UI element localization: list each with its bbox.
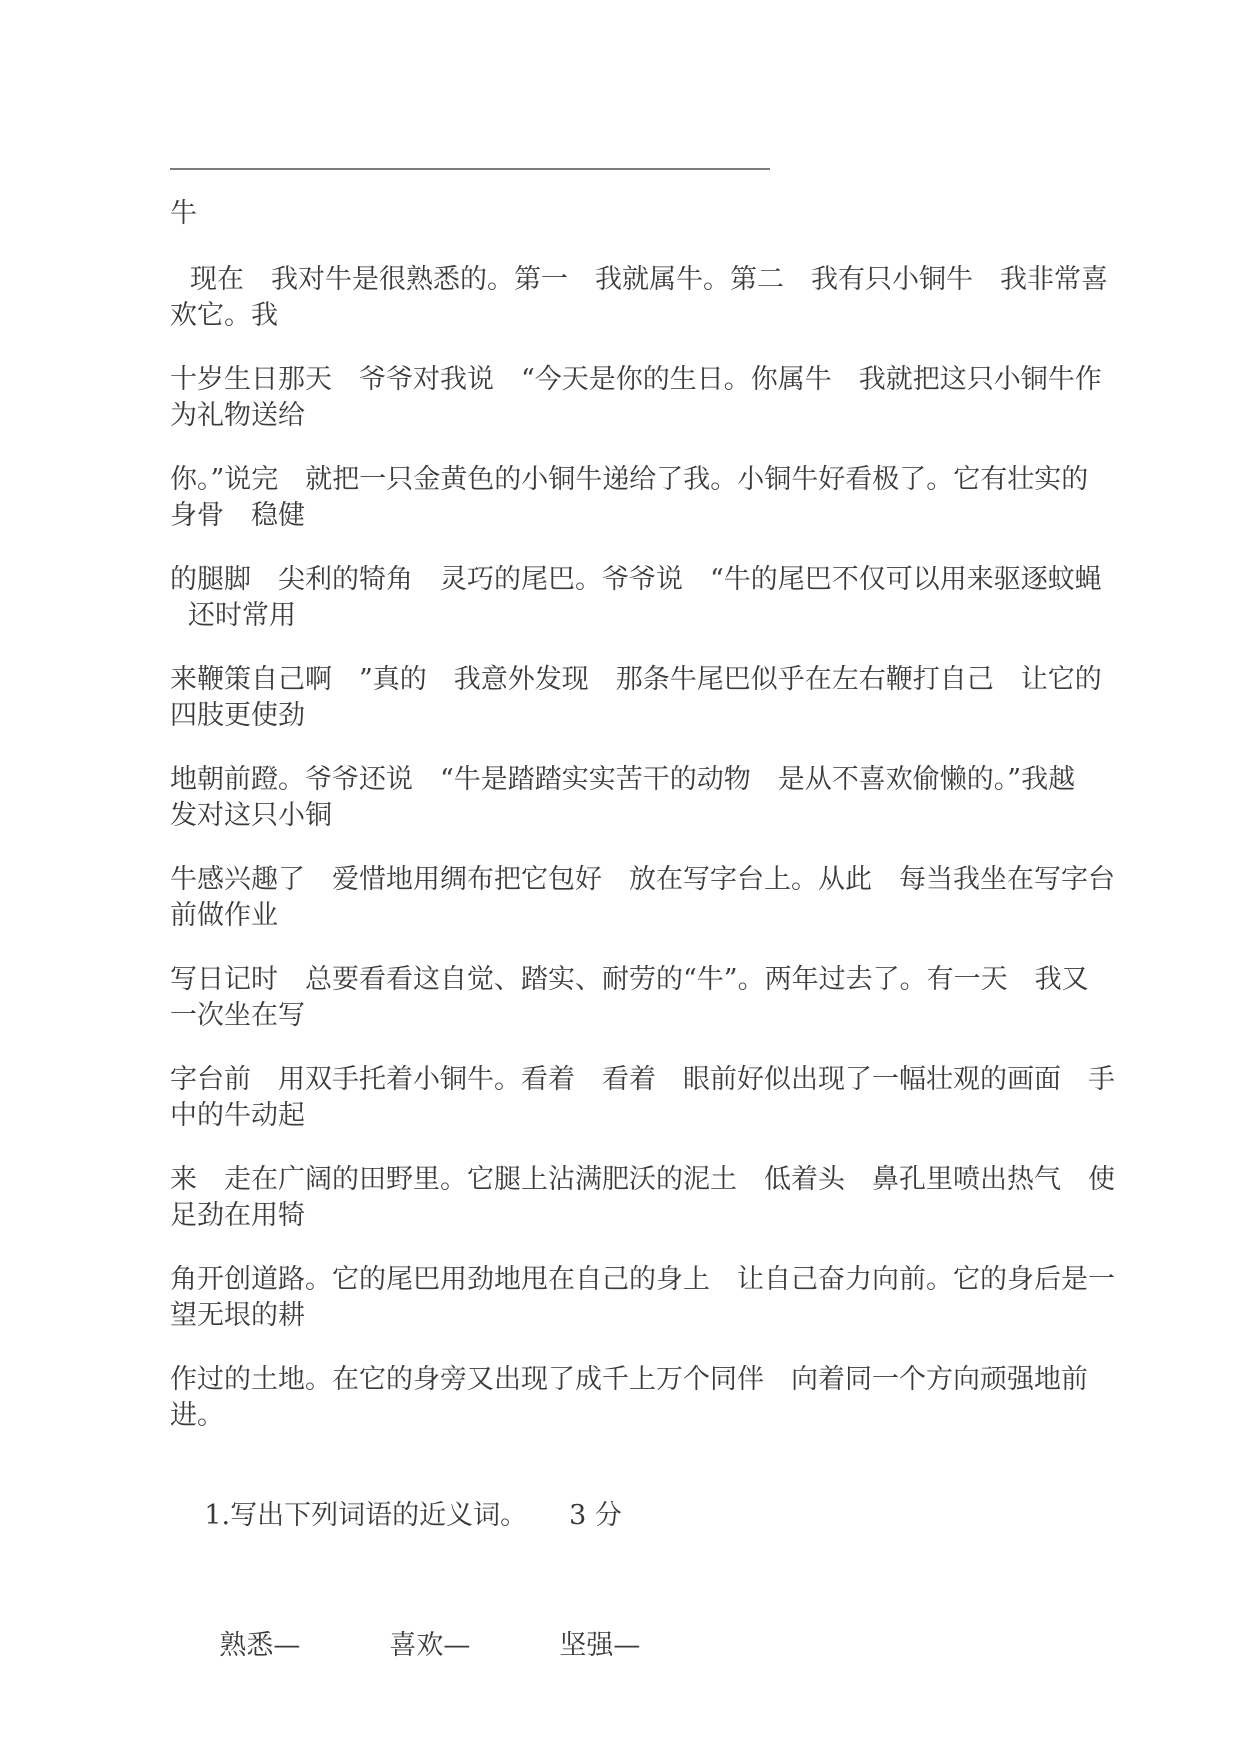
text-line: 还时常用 [170, 598, 1090, 634]
question-1: 1.写出下列词语的近义词。3 分 [170, 1462, 1090, 1570]
text-line: 十岁生日那天 爷爷对我说 “今天是你的生日。你属牛 我就把这只小铜牛作 [170, 362, 1090, 398]
text-line: 角开创道路。它的尾巴用劲地甩在自己的身上 让自己奋力向前。它的身后是一 [170, 1262, 1090, 1298]
document-page: 牛 现在 我对牛是很熟悉的。第一 我就属牛。第二 我有只小铜牛 我非常喜 欢它。… [0, 0, 1240, 1700]
text-line: 作过的土地。在它的身旁又出现了成千上万个同伴 向着同一个方向顽强地前 [170, 1362, 1090, 1398]
paragraph: 十岁生日那天 爷爷对我说 “今天是你的生日。你属牛 我就把这只小铜牛作 为礼物送… [170, 362, 1090, 434]
text-line: 字台前 用双手托着小铜牛。看着 看着 眼前好似出现了一幅壮观的画面 手 [170, 1062, 1090, 1098]
answer-blanks-row: 熟悉—喜欢—坚强— [170, 1592, 1090, 1700]
paragraph: 角开创道路。它的尾巴用劲地甩在自己的身上 让自己奋力向前。它的身后是一 望无垠的… [170, 1262, 1090, 1334]
paragraph: 来 走在广阔的田野里。它腿上沾满肥沃的泥土 低着头 鼻孔里喷出热气 使 足劲在用… [170, 1162, 1090, 1234]
paragraph: 的腿脚 尖利的犄角 灵巧的尾巴。爷爷说 “牛的尾巴不仅可以用来驱逐蚊蝇 还时常用 [170, 562, 1090, 634]
question-1-score: 3 分 [569, 1500, 622, 1531]
paragraph: 来鞭策自己啊 ”真的 我意外发现 那条牛尾巴似乎在左右鞭打自己 让它的 四肢更使… [170, 662, 1090, 734]
text-line: 写日记时 总要看看这自觉、踏实、耐劳的“牛”。两年过去了。有一天 我又 [170, 962, 1090, 998]
answer-blank-xihuan: 喜欢— [389, 1628, 559, 1664]
text-line: 的腿脚 尖利的犄角 灵巧的尾巴。爷爷说 “牛的尾巴不仅可以用来驱逐蚊蝇 [170, 562, 1090, 598]
paragraph: 作过的土地。在它的身旁又出现了成千上万个同伴 向着同一个方向顽强地前 进。 [170, 1362, 1090, 1434]
separator-line [170, 168, 770, 170]
text-line: 地朝前蹬。爷爷还说 “牛是踏踏实实苦干的动物 是从不喜欢偷懒的。”我越 [170, 762, 1090, 798]
text-line: 一次坐在写 [170, 998, 1090, 1034]
paragraph: 字台前 用双手托着小铜牛。看着 看着 眼前好似出现了一幅壮观的画面 手 中的牛动… [170, 1062, 1090, 1134]
paragraph: 地朝前蹬。爷爷还说 “牛是踏踏实实苦干的动物 是从不喜欢偷懒的。”我越 发对这只… [170, 762, 1090, 834]
text-line: 进。 [170, 1398, 1090, 1434]
answer-blank-shuxi: 熟悉— [219, 1628, 389, 1664]
text-line: 中的牛动起 [170, 1098, 1090, 1134]
text-line: 足劲在用犄 [170, 1198, 1090, 1234]
passage-title: 牛 [170, 196, 1090, 232]
text-line: 望无垠的耕 [170, 1298, 1090, 1334]
text-line: 你。”说完 就把一只金黄色的小铜牛递给了我。小铜牛好看极了。它有壮实的 [170, 462, 1090, 498]
text-line: 来 走在广阔的田野里。它腿上沾满肥沃的泥土 低着头 鼻孔里喷出热气 使 [170, 1162, 1090, 1198]
question-1-label: 1.写出下列词语的近义词。 [204, 1500, 527, 1531]
text-line: 四肢更使劲 [170, 698, 1090, 734]
paragraph: 写日记时 总要看看这自觉、踏实、耐劳的“牛”。两年过去了。有一天 我又 一次坐在… [170, 962, 1090, 1034]
paragraph: 你。”说完 就把一只金黄色的小铜牛递给了我。小铜牛好看极了。它有壮实的 身骨 稳… [170, 462, 1090, 534]
answer-blank-jianqiang: 坚强— [559, 1628, 729, 1664]
text-line: 前做作业 [170, 898, 1090, 934]
paragraph: 牛感兴趣了 爱惜地用绸布把它包好 放在写字台上。从此 每当我坐在写字台 前做作业 [170, 862, 1090, 934]
text-line: 为礼物送给 [170, 398, 1090, 434]
text-line: 现在 我对牛是很熟悉的。第一 我就属牛。第二 我有只小铜牛 我非常喜 [170, 262, 1090, 298]
paragraph: 现在 我对牛是很熟悉的。第一 我就属牛。第二 我有只小铜牛 我非常喜 欢它。我 [170, 262, 1090, 334]
text-line: 牛感兴趣了 爱惜地用绸布把它包好 放在写字台上。从此 每当我坐在写字台 [170, 862, 1090, 898]
text-line: 来鞭策自己啊 ”真的 我意外发现 那条牛尾巴似乎在左右鞭打自己 让它的 [170, 662, 1090, 698]
text-line: 发对这只小铜 [170, 798, 1090, 834]
text-line: 身骨 稳健 [170, 498, 1090, 534]
text-line: 欢它。我 [170, 298, 1090, 334]
